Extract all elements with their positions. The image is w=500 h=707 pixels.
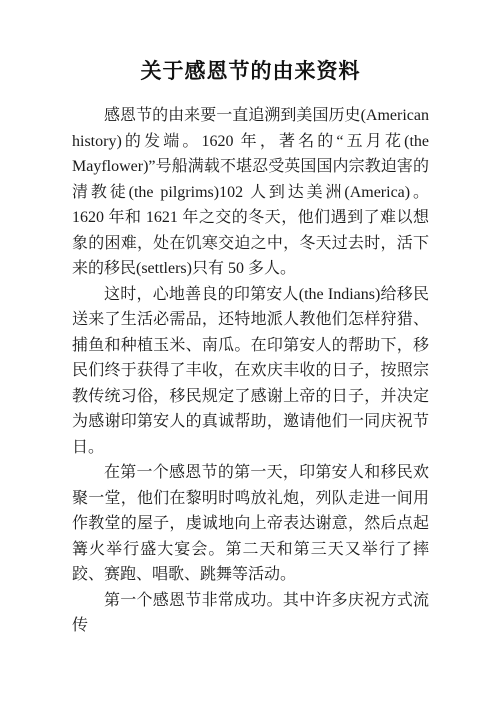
document-title: 关于感恩节的由来资料 [72, 56, 429, 87]
paragraph-success: 第一个感恩节非常成功。其中许多庆祝方式流传 [72, 588, 429, 639]
paragraph-first-thanksgiving: 在第一个感恩节的第一天，印第安人和移民欢聚一堂，他们在黎明时鸣放礼炮，列队走进一… [72, 460, 429, 588]
paragraph-indians-help: 这时，心地善良的印第安人(the Indians)给移民送来了生活必需品，还特地… [72, 282, 429, 461]
document-body: 感恩节的由来要一直追溯到美国历史(American history)的发端。16… [72, 103, 429, 639]
document-page: 关于感恩节的由来资料 感恩节的由来要一直追溯到美国历史(American his… [0, 0, 500, 707]
paragraph-origin: 感恩节的由来要一直追溯到美国历史(American history)的发端。16… [72, 103, 429, 282]
